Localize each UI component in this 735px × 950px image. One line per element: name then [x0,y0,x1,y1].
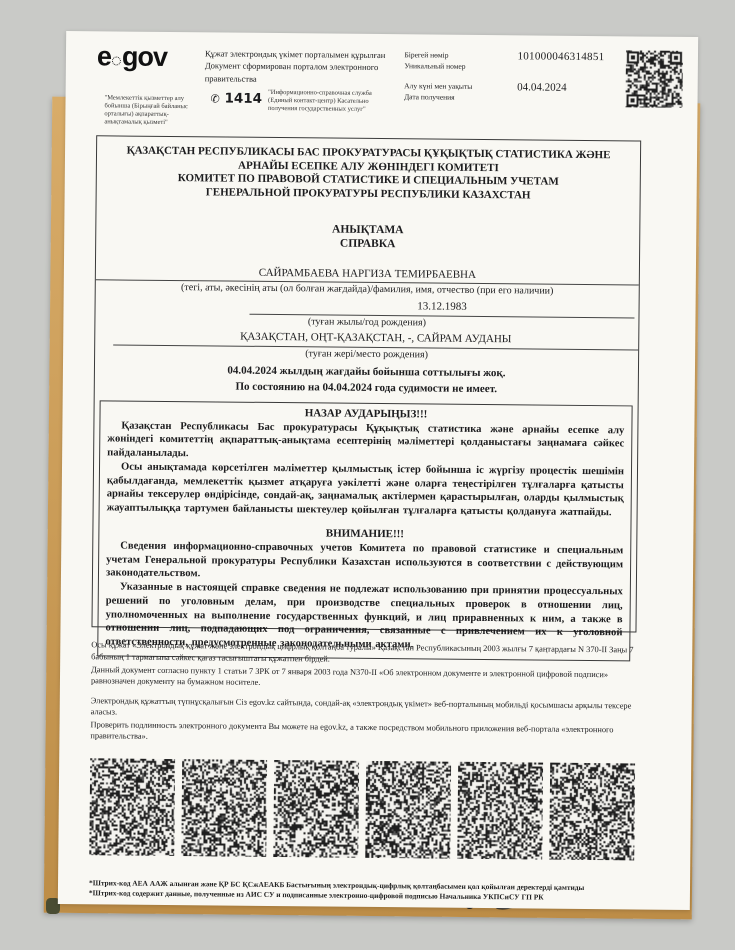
certificate-heading: АНЫҚТАМА СПРАВКА [100,221,635,254]
barcode-block [549,763,635,861]
committee-title: ҚАЗАҚСТАН РЕСПУБЛИКАСЫ БАС ПРОКУРАТУРАСЫ… [101,145,636,204]
barcode-block [457,762,543,860]
unique-label-ru: Уникальный номер [404,60,509,72]
date-label: Алу күні мен уақыты Дата получения [404,80,509,104]
barcode-block [365,761,451,859]
law-paragraph-ru: Данный документ согласно пункту 1 статьи… [91,664,643,691]
date-label-kk: Алу күні мен уақыты [404,80,509,92]
verify-paragraph-ru: Проверить подлинность электронного докум… [90,719,642,746]
document-created-lines: Құжат электрондық үкімет порталымен құры… [205,47,397,86]
logo-text-gov: gov [122,44,167,71]
egov-header: e gov Құжат электрондық үкімет порталыме… [96,43,642,132]
barcode-strip [89,758,638,860]
meta-labels: Бірегей нөмір Уникальный номер Алу күні … [404,49,510,111]
conviction-status-ru: По состоянию на 04.04.2024 года судимост… [99,379,634,398]
egov-logo: e gov [97,43,197,71]
phone-number: 1414 [224,90,262,106]
logo-column: e gov [97,43,197,71]
attention-kk-p1: Қазақстан Республикасы Бас прокуратурасы… [107,419,624,465]
logo-text-e: e [97,43,111,70]
law-paragraph-kk: Осы құжат «Электрондық құжат және электр… [91,640,643,667]
attention-box: НАЗАР АУДАРЫҢЫЗ!!! Қазақстан Республикас… [97,400,632,661]
contact-row: "Мемлекеттік қызметтер алу бойынша (Біры… [204,88,396,129]
birth-date-field: 13.12.1983 (туған жылы/год рождения) [99,297,634,331]
header-middle: Құжат электрондық үкімет порталымен құры… [204,44,396,129]
unique-number-value: 101000046314851 [517,50,617,65]
document-page: e gov Құжат электрондық үкімет порталыме… [58,31,698,910]
certificate-box: ҚАЗАҚСТАН РЕСПУБЛИКАСЫ БАС ПРОКУРАТУРАСЫ… [91,136,641,633]
call-center-number: ✆ 1414 [210,90,262,107]
date-label-ru: Дата получения [404,91,509,103]
birth-place-field: ҚАЗАҚСТАН, ОҢТ-ҚАЗАҚСТАН, -, САЙРАМ АУДА… [99,329,634,363]
barcode-block [273,760,359,858]
footnotes: *Штрих-код АЕА ААЖ алынған және ҚР БС ҚС… [89,878,636,903]
service-note-ru: "Информационно-справочная служба (Единый… [268,89,396,115]
qr-code [625,50,683,108]
meta-values: 101000046314851 04.04.2024 [517,50,617,95]
name-field: САЙРАМБАЕВА НАРГИЗА ТЕМИРБАЕВНА (тегі, а… [100,265,635,299]
service-note-kk: "Мемлекеттік қызметтер алу бойынша (Біры… [104,94,204,127]
logo-circle-icon [112,56,121,65]
unique-number-label: Бірегей нөмір Уникальный номер [404,49,509,73]
scanned-document-photo: e gov Құжат электрондық үкімет порталыме… [0,0,735,950]
attention-kk-p2: Осы анықтамада көрсетілген мәліметтер қы… [107,460,625,520]
attention-ru-p1: Сведения информационно-справочных учетов… [106,539,623,585]
phone-icon: ✆ [210,92,219,105]
verify-paragraph-kk: Электрондық құжаттың түпнұсқалығын Сіз e… [91,695,643,722]
barcode-block [181,759,267,857]
date-value: 04.04.2024 [517,81,617,96]
barcode-block [89,758,175,856]
legal-section: Осы құжат «Электрондық құжат және электр… [90,640,643,747]
created-ru: Документ сформирован порталом электронно… [205,60,397,86]
